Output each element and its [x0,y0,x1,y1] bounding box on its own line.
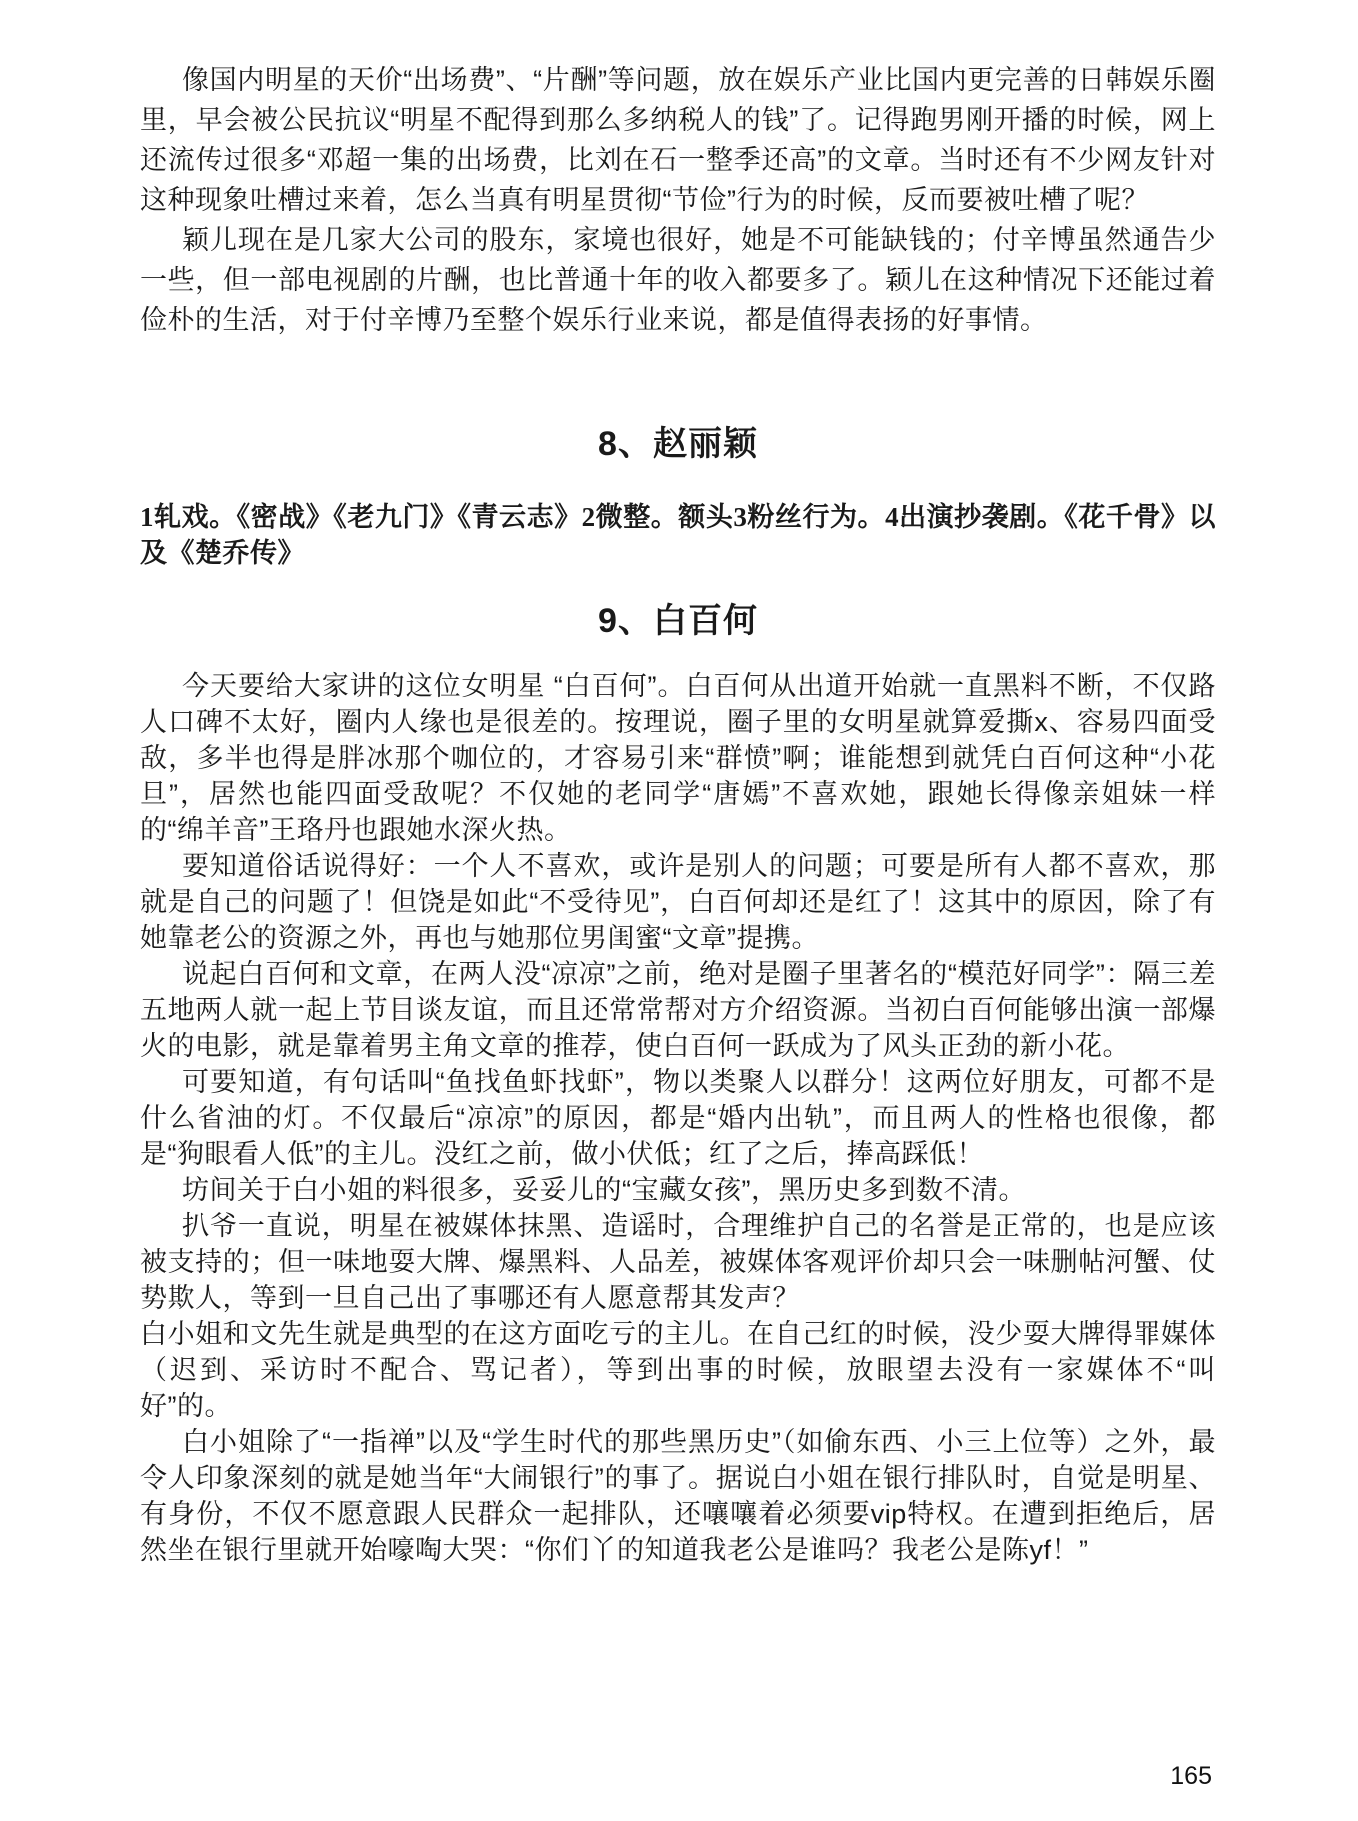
baibaihe-paragraph-7: 白小姐和文先生就是典型的在这方面吃亏的主儿。在自己红的时候，没少耍大牌得罪媒体（… [140,1316,1216,1424]
baibaihe-paragraph-2: 要知道俗话说得好：一个人不喜欢，或许是别人的问题；可要是所有人都不喜欢，那就是自… [140,848,1216,956]
intro-section: 像国内明星的天价“出场费”、“片酬”等问题，放在娱乐产业比国内更完善的日韩娱乐圈… [140,60,1216,340]
intro-paragraph-1: 像国内明星的天价“出场费”、“片酬”等问题，放在娱乐产业比国内更完善的日韩娱乐圈… [140,60,1216,220]
zhaoliying-notes: 1轧戏。《密战》《老九门》《青云志》2微整。额头3粉丝行为。4出演抄袭剧。《花千… [140,499,1216,571]
section-heading-zhaoliying: 8、赵丽颖 [140,416,1216,465]
baibaihe-paragraph-5: 坊间关于白小姐的料很多，妥妥儿的“宝藏女孩”，黑历史多到数不清。 [140,1172,1216,1208]
baibaihe-paragraph-4: 可要知道，有句话叫“鱼找鱼虾找虾”，物以类聚人以群分！这两位好朋友，可都不是什么… [140,1064,1216,1172]
intro-paragraph-2: 颖儿现在是几家大公司的股东，家境也很好，她是不可能缺钱的；付辛博虽然通告少一些，… [140,220,1216,340]
baibaihe-section: 今天要给大家讲的这位女明星 “白百何”。白百何从出道开始就一直黑料不断，不仅路人… [140,668,1216,1568]
baibaihe-paragraph-1: 今天要给大家讲的这位女明星 “白百何”。白百何从出道开始就一直黑料不断，不仅路人… [140,668,1216,848]
document-page: 像国内明星的天价“出场费”、“片酬”等问题，放在娱乐产业比国内更完善的日韩娱乐圈… [0,0,1358,1821]
page-number: 165 [1170,1762,1212,1791]
baibaihe-paragraph-6: 扒爷一直说，明星在被媒体抹黑、造谣时，合理维护自己的名誉是正常的，也是应该被支持… [140,1208,1216,1316]
baibaihe-paragraph-8: 白小姐除了“一指禅”以及“学生时代的那些黑历史”（如偷东西、小三上位等）之外，最… [140,1424,1216,1568]
baibaihe-paragraph-3: 说起白百何和文章，在两人没“凉凉”之前，绝对是圈子里著名的“模范好同学”：隔三差… [140,956,1216,1064]
section-heading-baibaihe: 9、白百何 [140,593,1216,642]
